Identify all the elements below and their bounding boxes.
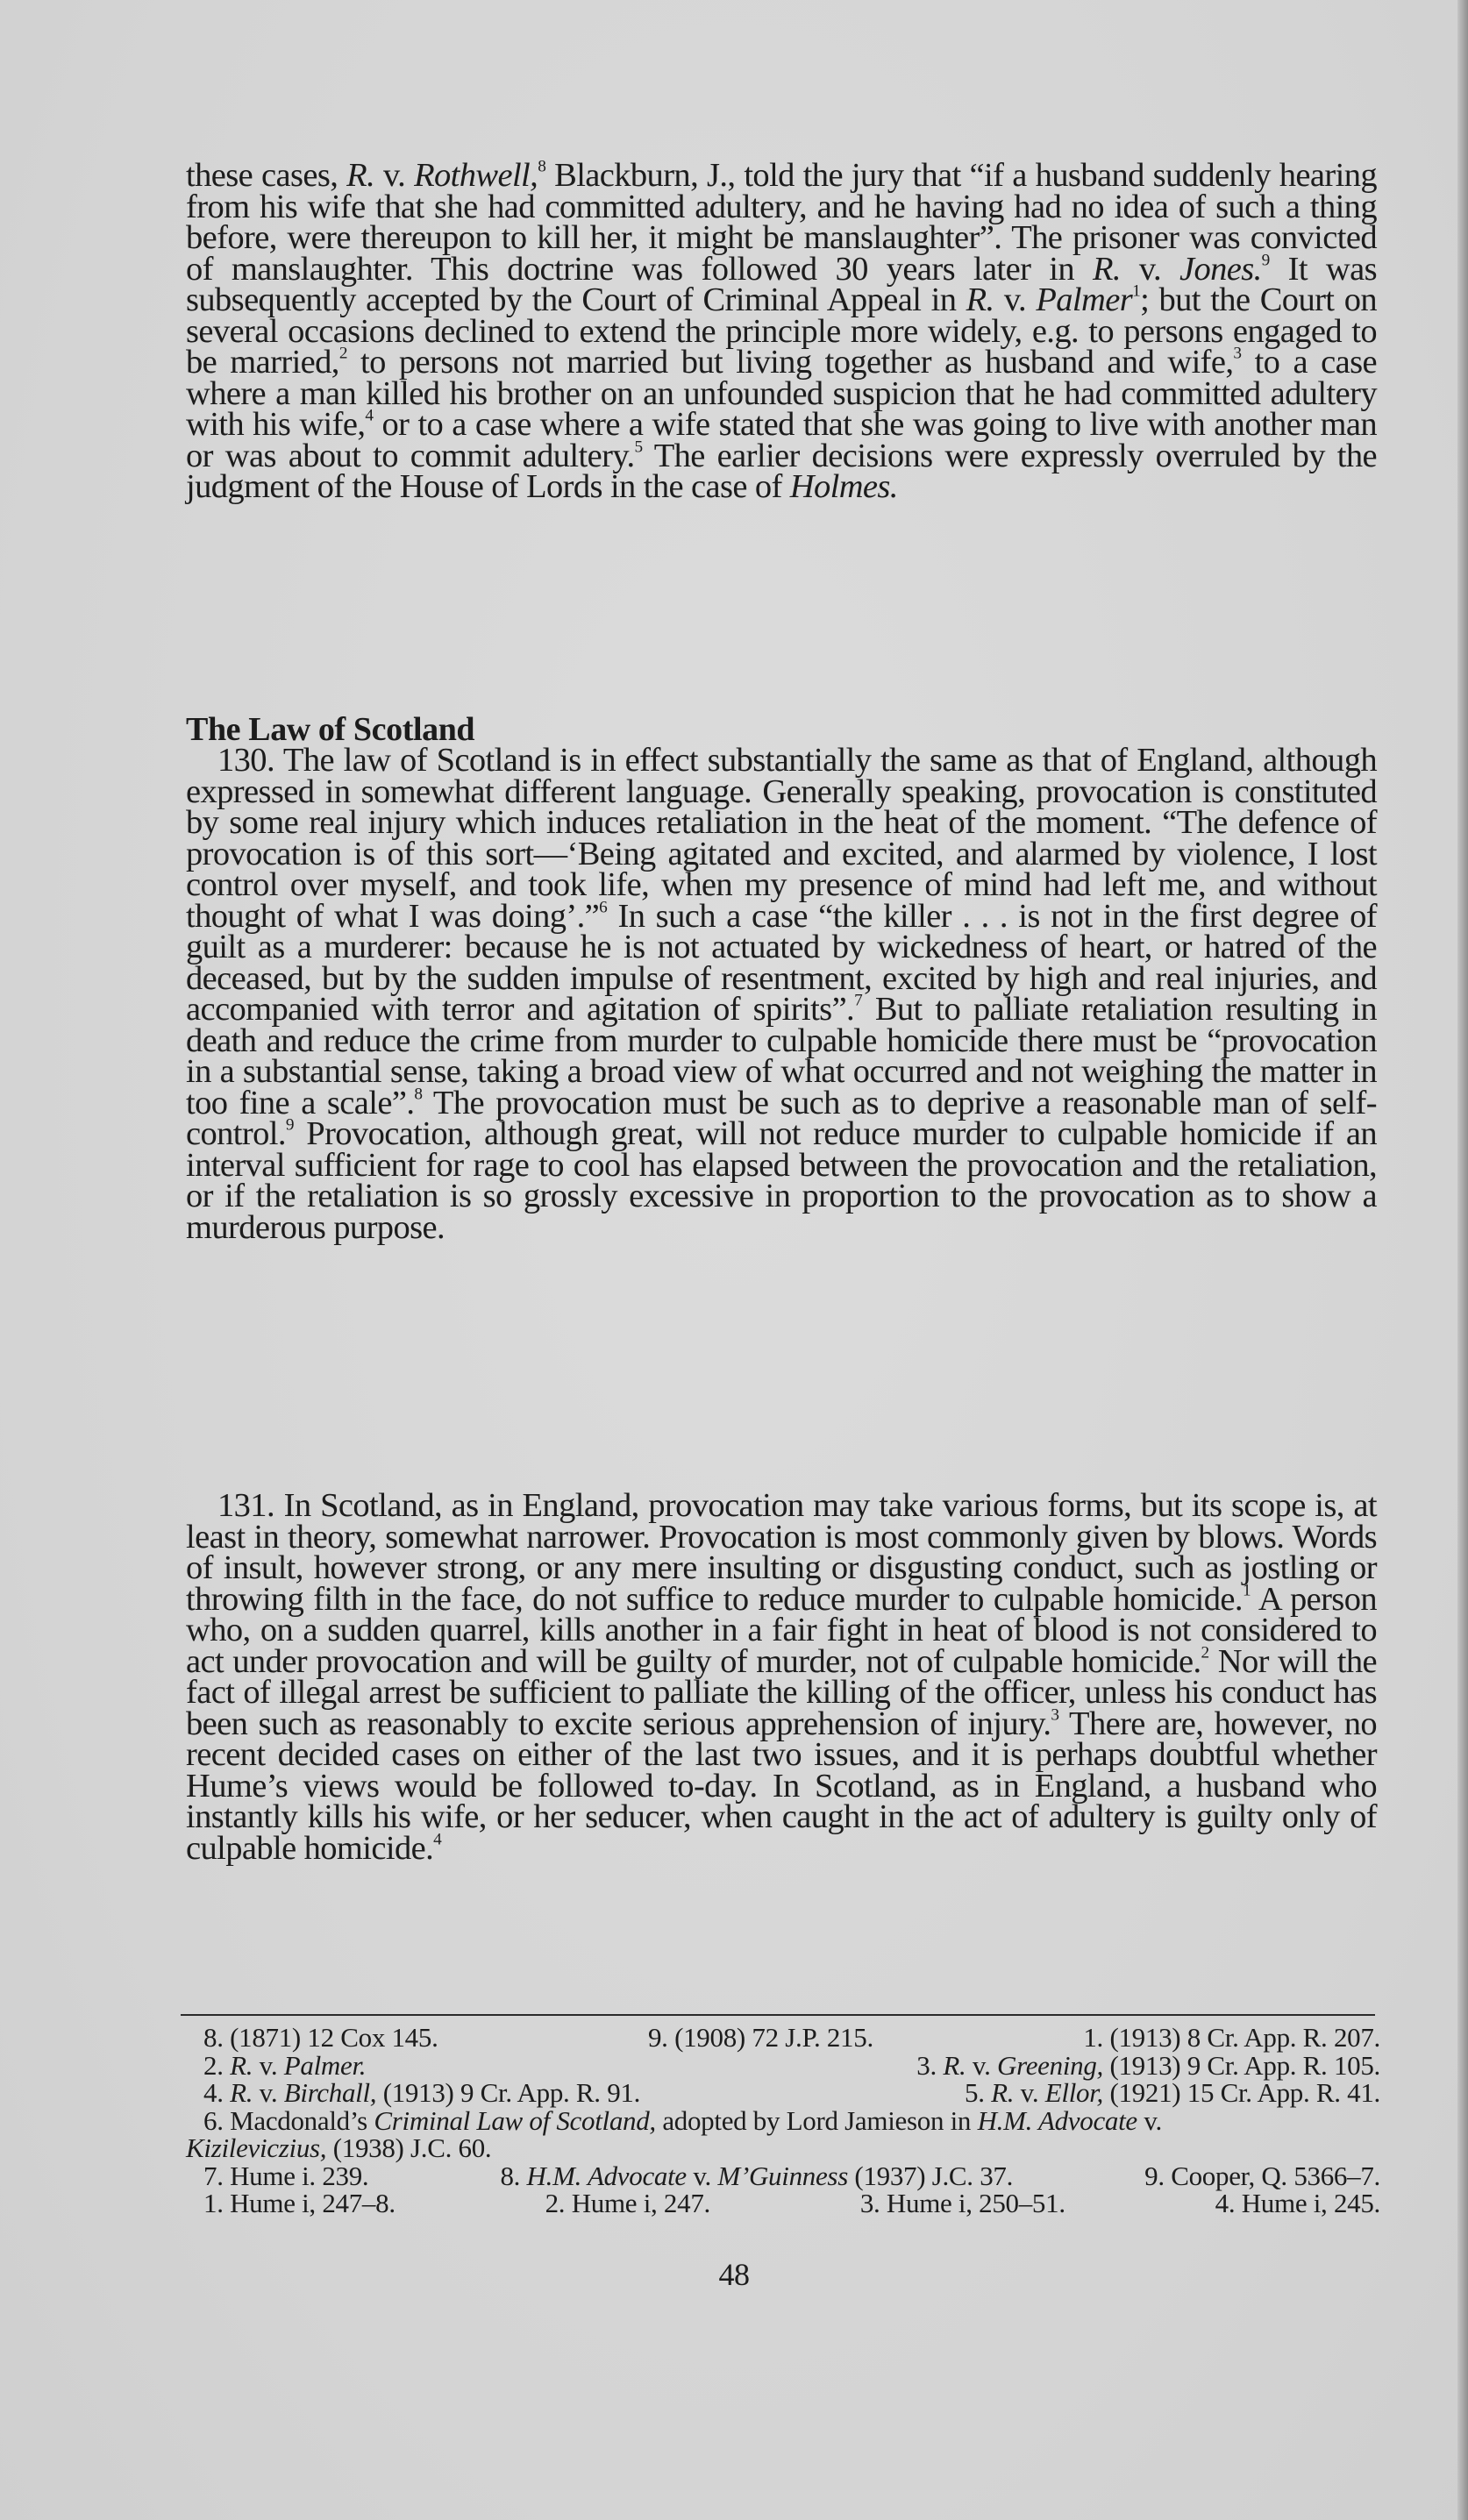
footnote-marker: 9 <box>1262 251 1270 269</box>
footnote-marker: 3 <box>1051 1705 1058 1724</box>
footnote: 9. Cooper, Q. 5366–7. <box>1144 2162 1380 2190</box>
paragraph-130: 130. The law of Scotland is in effect su… <box>186 745 1377 1243</box>
footnote-marker: 4 <box>433 1830 441 1848</box>
footnote-marker: 8 <box>414 1085 422 1103</box>
footnote: 8. H.M. Advocate v. M’Guinness (1937) J.… <box>500 2162 1013 2190</box>
footnote-marker: 8 <box>538 158 545 176</box>
footnotes: 8. (1871) 12 Cox 145.9. (1908) 72 J.P. 2… <box>186 2024 1380 2217</box>
footnote: 5. R. v. Ellor, (1921) 15 Cr. App. R. 41… <box>965 2079 1380 2107</box>
footnote-marker: 4 <box>365 407 373 425</box>
footnote-continuation: Kizileviczius, (1938) J.C. 60. <box>186 2134 1380 2162</box>
footnote-row: 6. Macdonald’s Criminal Law of Scotland,… <box>186 2107 1380 2135</box>
footnote: 2. Hume i, 247. <box>545 2189 710 2217</box>
footnote-row: 8. (1871) 12 Cox 145.9. (1908) 72 J.P. 2… <box>186 2024 1380 2052</box>
footnote-divider <box>181 2014 1375 2016</box>
paragraph-131: 131. In Scotland, as in England, provoca… <box>186 1491 1377 1864</box>
footnote-row: 4. R. v. Birchall, (1913) 9 Cr. App. R. … <box>186 2079 1380 2107</box>
page-edge-shadow <box>1457 0 1468 2520</box>
paragraph-text: 131. In Scotland, as in England, provoca… <box>186 1491 1377 1864</box>
footnote-marker: 2 <box>339 345 347 363</box>
footnote-marker: 9 <box>286 1116 294 1135</box>
footnote-row: 2. R. v. Palmer.3. R. v. Greening, (1913… <box>186 2052 1380 2080</box>
page-number: 48 <box>0 2256 1468 2293</box>
footnote-marker: 1 <box>1243 1581 1251 1599</box>
footnote-marker: 2 <box>1201 1643 1209 1662</box>
footnote: 1. (1913) 8 Cr. App. R. 207. <box>1083 2024 1380 2052</box>
footnote: 4. R. v. Birchall, (1913) 9 Cr. App. R. … <box>203 2079 640 2107</box>
scanned-page: these cases, R. v. Rothwell,8 Blackburn,… <box>0 0 1468 2520</box>
footnote: 3. R. v. Greening, (1913) 9 Cr. App. R. … <box>916 2052 1380 2080</box>
paragraph-text: these cases, R. v. Rothwell,8 Blackburn,… <box>186 160 1377 503</box>
footnote-row: 1. Hume i, 247–8.2. Hume i, 247.3. Hume … <box>186 2189 1380 2217</box>
footnote: 7. Hume i. 239. <box>203 2162 368 2190</box>
footnote: 9. (1908) 72 J.P. 215. <box>648 2024 873 2052</box>
footnote-marker: 3 <box>1233 345 1241 363</box>
footnote: 4. Hume i, 245. <box>1215 2189 1380 2217</box>
footnote: 2. R. v. Palmer. <box>203 2052 366 2080</box>
footnote-marker: 6 <box>599 898 607 916</box>
footnote-marker: 7 <box>854 992 862 1010</box>
paragraph-text: 130. The law of Scotland is in effect su… <box>186 745 1377 1243</box>
footnote-marker: 5 <box>635 438 643 456</box>
footnote: 1. Hume i, 247–8. <box>203 2189 396 2217</box>
intro-paragraph: these cases, R. v. Rothwell,8 Blackburn,… <box>186 160 1377 503</box>
footnote: 3. Hume i, 250–51. <box>860 2189 1065 2217</box>
footnote: 8. (1871) 12 Cox 145. <box>203 2024 438 2052</box>
footnote-row: 7. Hume i. 239.8. H.M. Advocate v. M’Gui… <box>186 2162 1380 2190</box>
footnote-marker: 1 <box>1132 282 1140 301</box>
